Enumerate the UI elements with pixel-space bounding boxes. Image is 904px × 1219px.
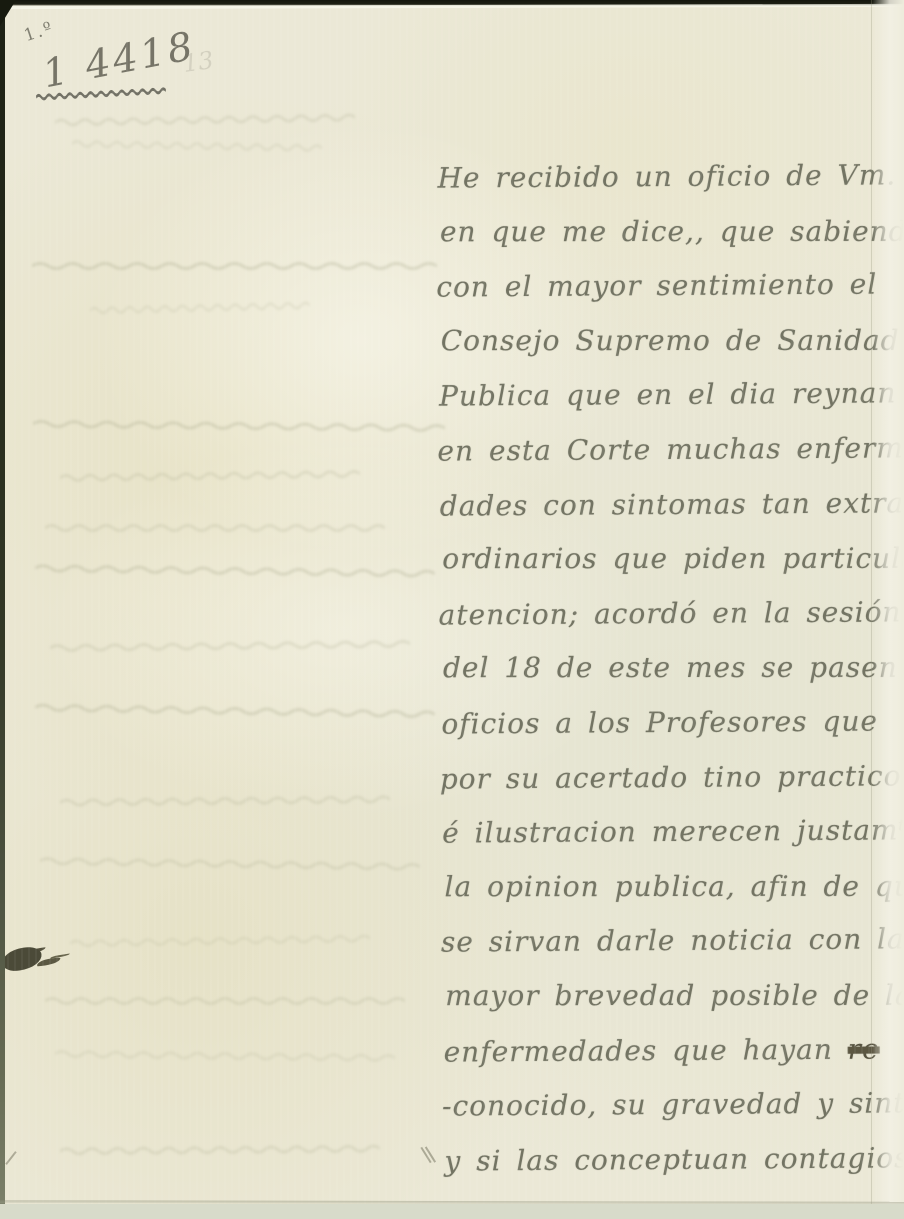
- letter-line: oficios a los Profesores que: [441, 694, 893, 752]
- letter-body: He recibido un oficio de Vm. en que me d…: [437, 148, 896, 1188]
- letter-line: He recibido un oficio de Vm.: [437, 148, 889, 206]
- bleedthrough-line: [45, 993, 405, 1009]
- letter-line: Consejo Supremo de Sanidad: [441, 314, 893, 369]
- letter-line: del 18 de este mes se pasen: [443, 641, 895, 696]
- letter-line-text: enfermedades que hayan: [444, 1032, 848, 1068]
- letter-line: y si las conceptuan contagiosas; y: [444, 1131, 896, 1189]
- letter-line: atencion; acordó en la sesión: [438, 585, 890, 643]
- letter-line: mayor brevedad posible de las: [445, 969, 897, 1024]
- letter-line: Publica que en el dia reynan: [439, 367, 891, 425]
- letter-line: la opinion publica, afin de que: [445, 860, 897, 915]
- letter-line: en que me dice,, que sabiendo: [440, 204, 892, 259]
- scanned-manuscript-page: 1.º 1 4418 13 He recibido un oficio de V…: [0, 0, 904, 1219]
- bleedthrough-line: [60, 1141, 380, 1160]
- letter-line: con el mayor sentimiento el: [436, 258, 888, 316]
- binding-edge: [0, 0, 5, 1219]
- bleedthrough-line: [45, 520, 385, 536]
- letter-line: enfermedades que hayan re: [443, 1022, 895, 1080]
- letter-line: -conocido, su gravedad y sintomas,: [442, 1077, 894, 1135]
- scan-corner-shadow: [0, 0, 16, 26]
- letter-line: por su acertado tino practico: [440, 749, 892, 807]
- letter-line: é ilustracion merecen justamᵗᵉ.: [442, 804, 894, 862]
- page-edge-right: [872, 0, 904, 1219]
- faint-pencil-mark: 13: [181, 46, 215, 78]
- letter-line: ordinarios que piden particular: [442, 532, 894, 587]
- letter-line: en esta Corte muchas enferme-: [437, 421, 889, 479]
- scan-edge-bottom: [0, 1204, 904, 1219]
- letter-line: dades con sintomas tan extra—: [440, 476, 892, 534]
- bleedthrough-line: [32, 258, 437, 274]
- letter-line: se sirvan darle noticia con la: [441, 913, 893, 971]
